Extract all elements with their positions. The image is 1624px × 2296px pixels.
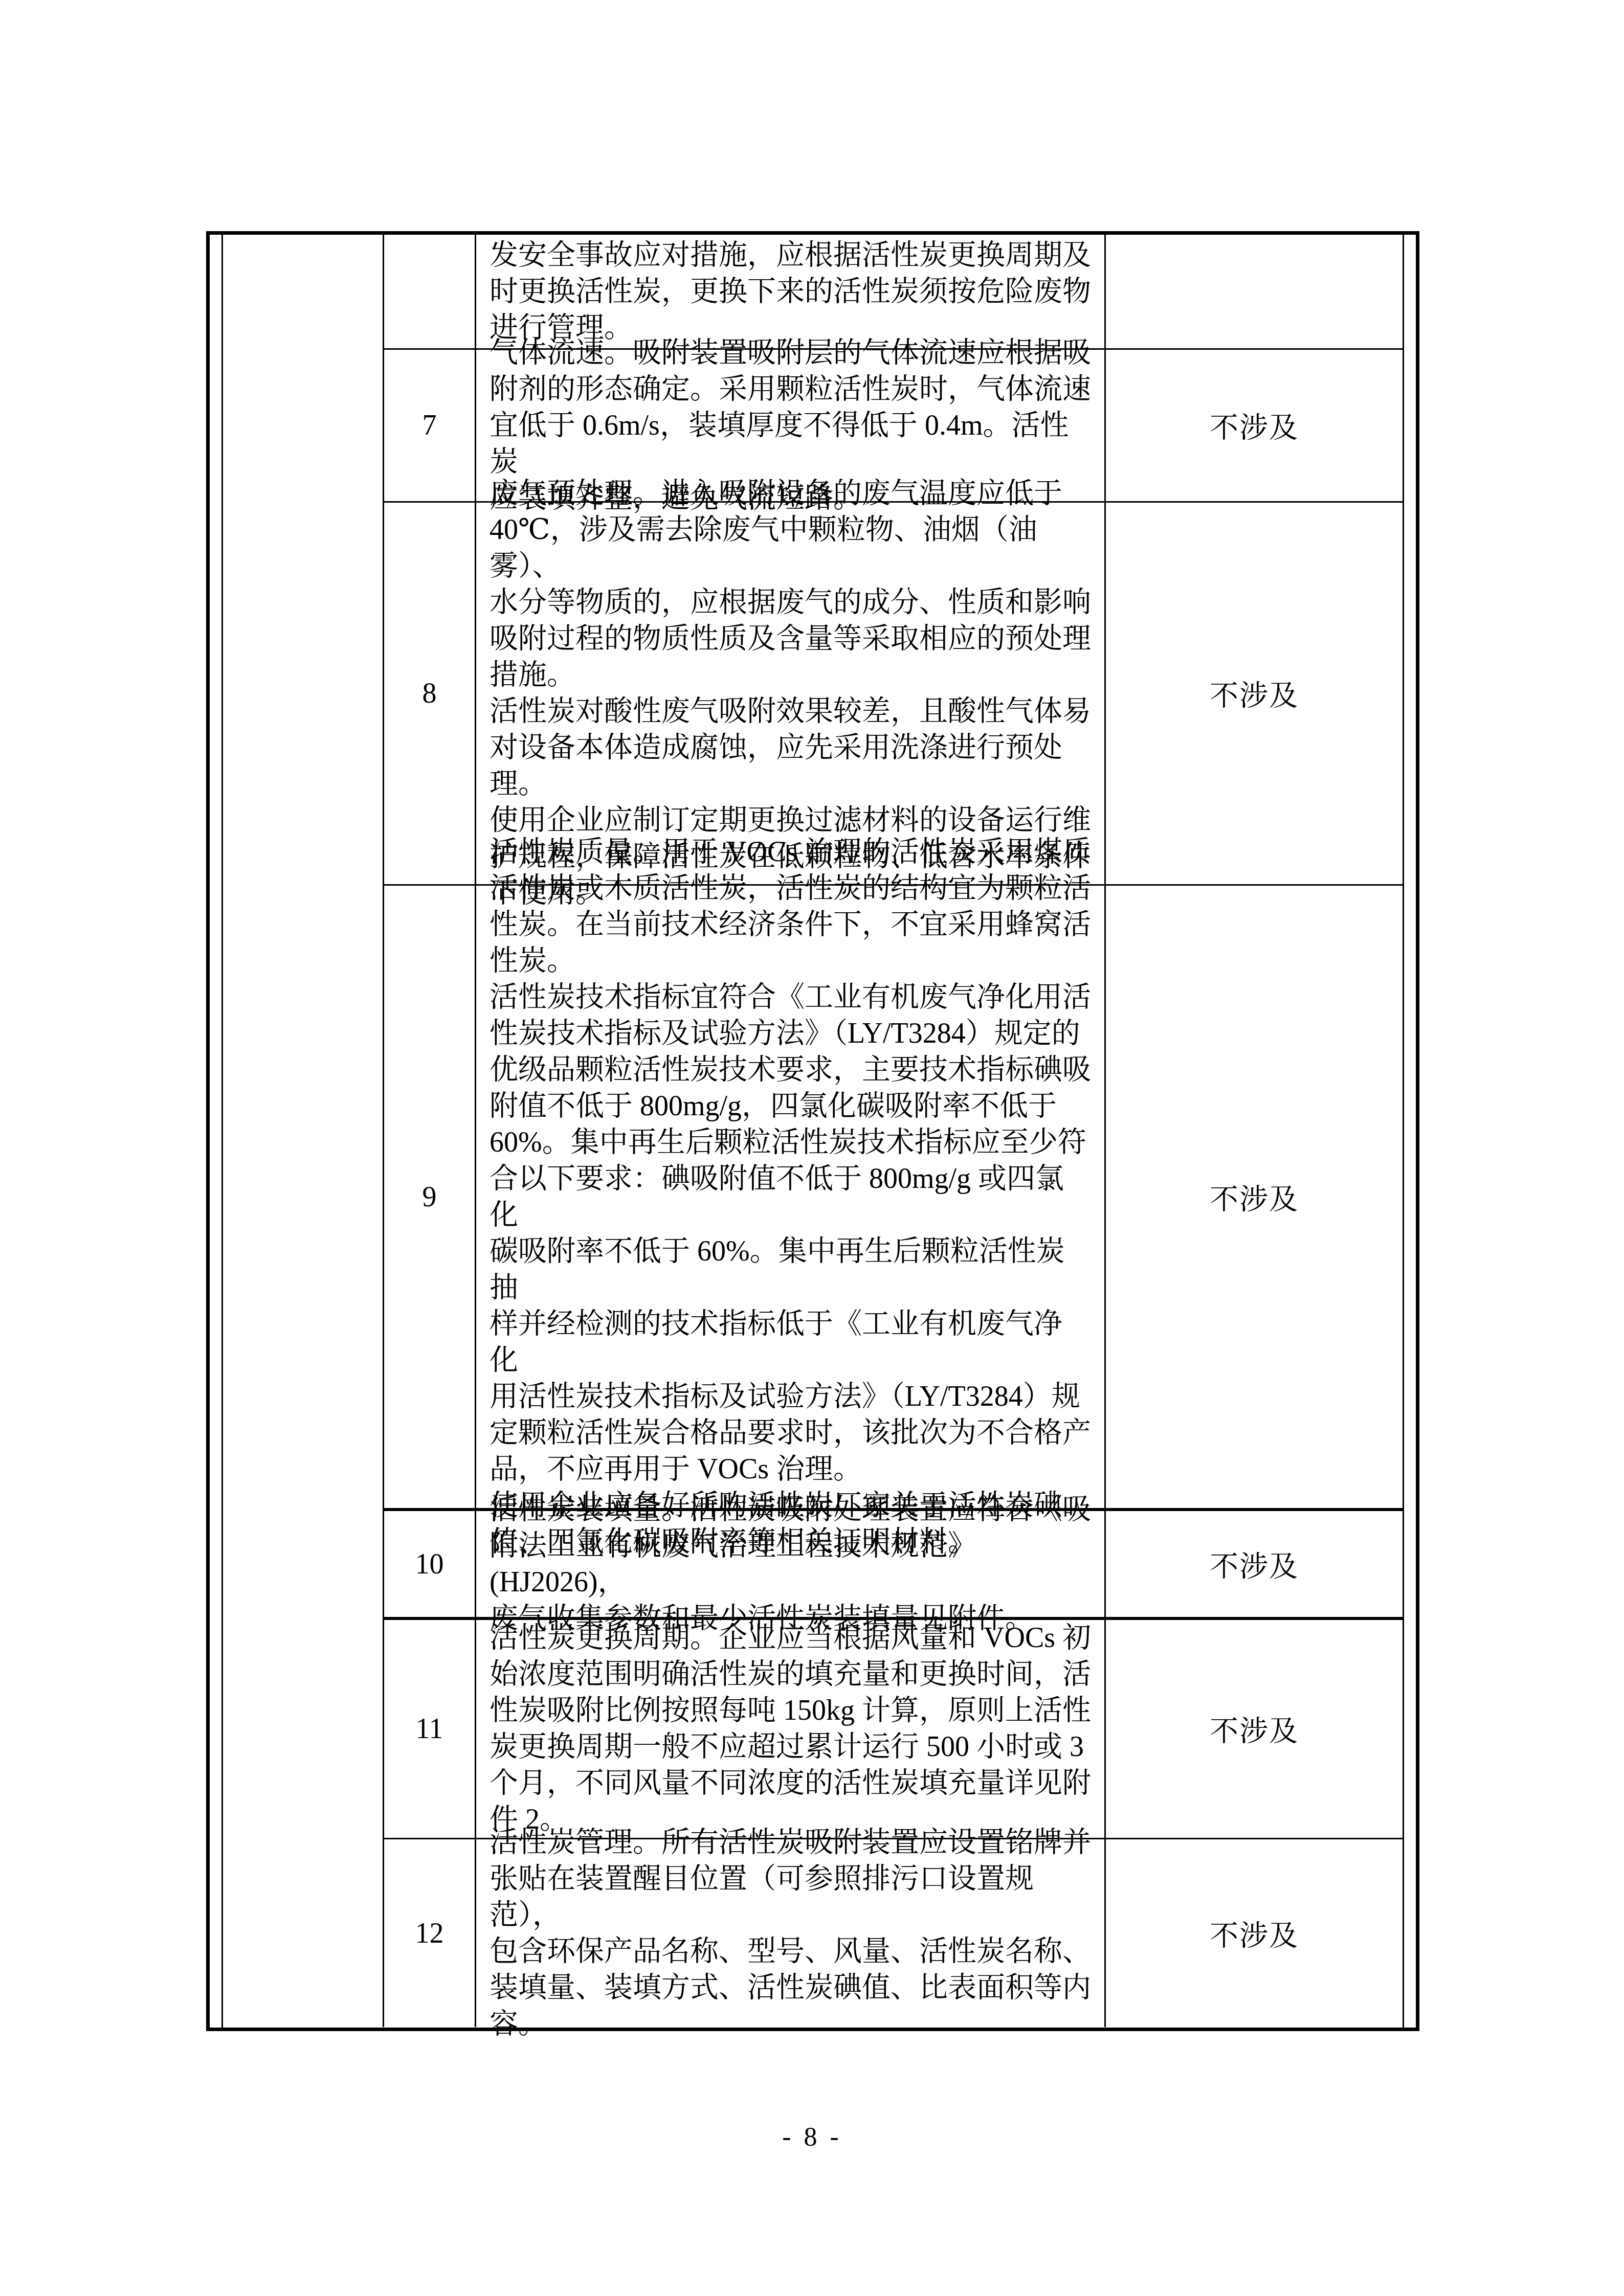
requirements-table: 发安全事故应对措施，应根据活性炭更换周期及 时更换活性炭，更换下来的活性炭须按危… (223, 235, 1403, 2028)
requirement-text-cell: 活性炭质量。用于 VOCs 治理的活性炭采用煤质 活性炭或木质活性炭，活性炭的结… (476, 884, 1106, 1508)
requirement-text-cell: 废气预处理。进入吸附设备的废气温度应低于 40℃，涉及需去除废气中颗粒物、油烟（… (476, 501, 1106, 884)
row-number-cell: 8 (384, 501, 476, 884)
requirement-text-cell: 发安全事故应对措施，应根据活性炭更换周期及 时更换活性炭，更换下来的活性炭须按危… (476, 235, 1106, 348)
status-cell: 不涉及 (1106, 348, 1403, 501)
status-cell: 不涉及 (1106, 1508, 1403, 1617)
page-number: - 8 - (0, 2122, 1624, 2152)
row-number-cell: 9 (384, 884, 476, 1508)
table-outer-border: 发安全事故应对措施，应根据活性炭更换周期及 时更换活性炭，更换下来的活性炭须按危… (206, 231, 1419, 2031)
row-number-cell: 10 (384, 1508, 476, 1617)
status-cell (1106, 235, 1403, 348)
requirement-text-cell: 活性炭更换周期。企业应当根据风量和 VOCs 初 始浓度范围明确活性炭的填充量和… (476, 1617, 1106, 1838)
right-gutter-column (1403, 235, 1416, 2028)
document-page: 发安全事故应对措施，应根据活性炭更换周期及 时更换活性炭，更换下来的活性炭须按危… (0, 0, 1624, 2296)
left-gutter-column (210, 235, 223, 2028)
row-number-cell: 7 (384, 348, 476, 501)
row-number-cell (384, 235, 476, 348)
requirement-text-cell: 活性炭管理。所有活性炭吸附装置应设置铭牌并 张贴在装置醒目位置（可参照排污口设置… (476, 1838, 1106, 2027)
category-cell-empty (223, 235, 384, 2027)
status-cell: 不涉及 (1106, 1617, 1403, 1838)
row-number-cell: 11 (384, 1617, 476, 1838)
status-cell: 不涉及 (1106, 1838, 1403, 2027)
row-number-cell: 12 (384, 1838, 476, 2027)
status-cell: 不涉及 (1106, 884, 1403, 1508)
status-cell: 不涉及 (1106, 501, 1403, 884)
requirement-text-cell: 活性炭装填量。活性炭吸附处理装置应符合《吸 附法工业有机废气治理工程技术规范》(… (476, 1508, 1106, 1617)
